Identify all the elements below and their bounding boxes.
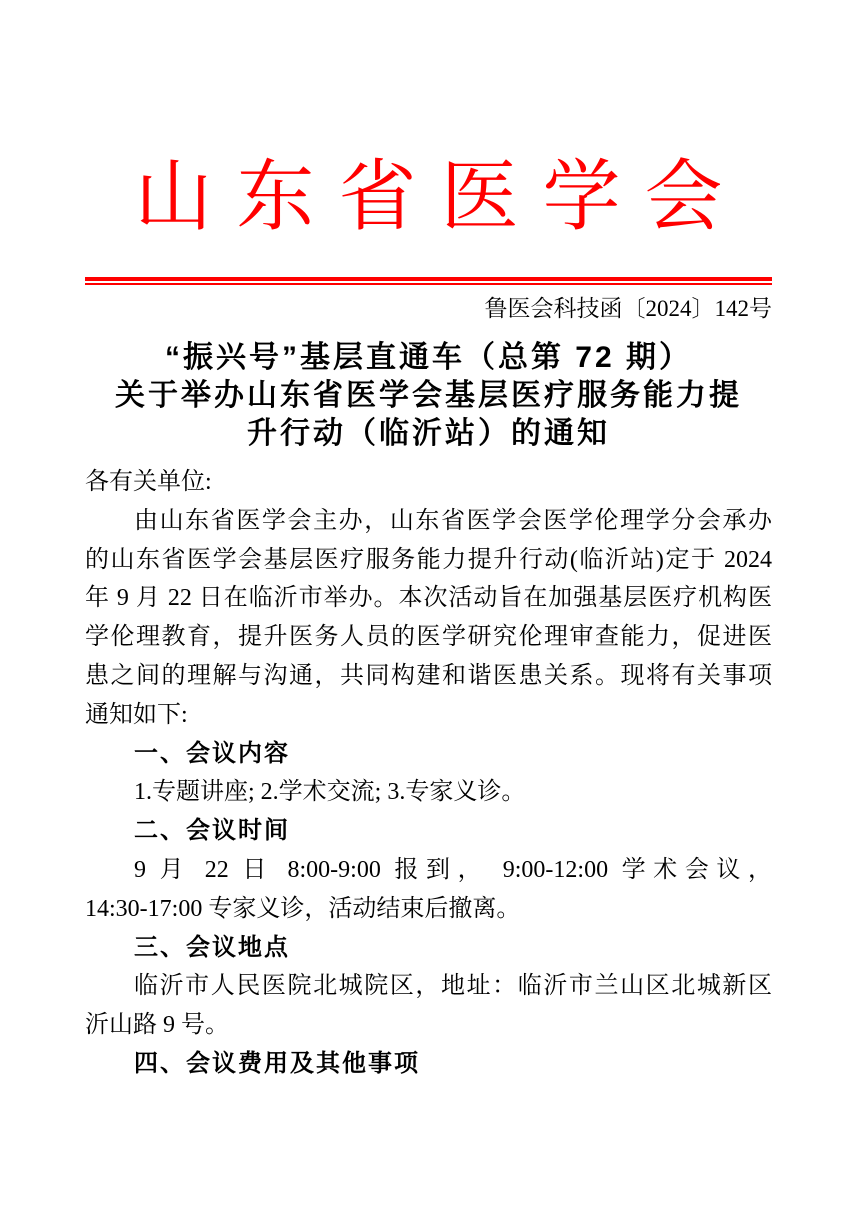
document-title: “振兴号”基层直通车（总第 72 期） 关于举办山东省医学会基层医疗服务能力提 …	[60, 339, 797, 453]
body-line: 沂山路 9 号。	[85, 1006, 772, 1045]
organization-masthead: 山东省医学会	[0, 158, 857, 236]
document-title-line-1: “振兴号”基层直通车（总第 72 期）	[60, 339, 797, 377]
body-line: 患之间的理解与沟通，共同构建和谐医患关系。现将有关事项	[85, 657, 772, 696]
document-title-line-3: 升行动（临沂站）的通知	[60, 415, 797, 453]
body-line: 由山东省医学会主办，山东省医学会医学伦理学分会承办	[85, 502, 772, 541]
notice-document-page: 山东省医学会 鲁医会科技函〔2024〕142号 “振兴号”基层直通车（总第 72…	[0, 0, 857, 1216]
masthead-divider	[85, 277, 772, 285]
body-line: 的山东省医学会基层医疗服务能力提升行动(临沂站)定于 2024	[85, 541, 772, 580]
section-heading-meeting-fees: 四、会议费用及其他事项	[85, 1045, 772, 1084]
document-body: 各有关单位: 由山东省医学会主办，山东省医学会医学伦理学分会承办 的山东省医学会…	[85, 463, 772, 1084]
section-heading-meeting-content: 一、会议内容	[85, 735, 772, 774]
body-line: 年 9 月 22 日在临沂市举办。本次活动旨在加强基层医疗机构医	[85, 579, 772, 618]
body-line: 9 月 22 日 8:00-9:00 报到， 9:00-12:00 学术会议，	[85, 851, 772, 890]
divider-thick-line	[85, 277, 772, 281]
document-title-line-2: 关于举办山东省医学会基层医疗服务能力提	[60, 377, 797, 415]
body-line: 通知如下:	[85, 696, 772, 735]
body-line: 临沂市人民医院北城院区，地址：临沂市兰山区北城新区	[85, 967, 772, 1006]
divider-thin-line	[85, 283, 772, 285]
section-heading-meeting-location: 三、会议地点	[85, 929, 772, 968]
section-heading-meeting-time: 二、会议时间	[85, 812, 772, 851]
body-line: 1.专题讲座; 2.学术交流; 3.专家义诊。	[85, 773, 772, 812]
document-reference-number: 鲁医会科技函〔2024〕142号	[85, 295, 772, 323]
body-line: 14:30-17:00 专家义诊，活动结束后撤离。	[85, 890, 772, 929]
salutation-line: 各有关单位:	[85, 463, 772, 502]
body-line: 学伦理教育，提升医务人员的医学研究伦理审查能力，促进医	[85, 618, 772, 657]
